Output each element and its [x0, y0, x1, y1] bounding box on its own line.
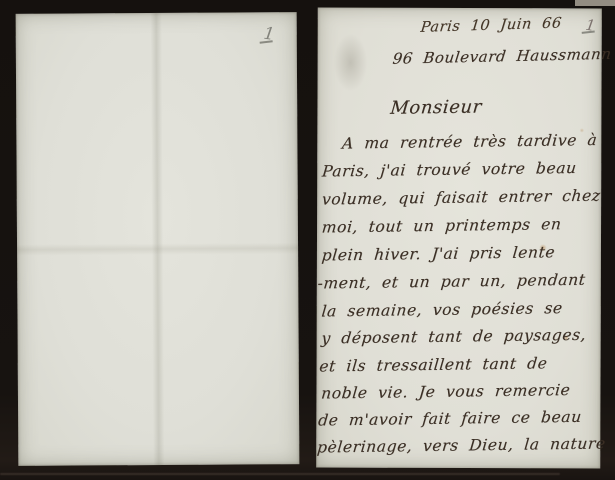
- embossed-stamp-smudge: [334, 34, 368, 92]
- pencil-page-number-left: 1: [263, 24, 276, 44]
- handwriting-line: plein hiver. J'ai pris lente: [321, 243, 556, 264]
- pencil-page-number-right: 1: [585, 16, 597, 34]
- handwriting-line: la semaine, vos poésies se: [321, 299, 564, 320]
- handwriting-line: -ment, et un par un, pendant: [317, 271, 587, 293]
- date-line: Paris 10 Juin 66: [420, 15, 563, 35]
- handwriting-line: Paris, j'ai trouvé votre beau: [321, 159, 577, 181]
- handwriting-line: et ils tressaillent tant de: [319, 354, 549, 375]
- scanner-bed-streak: [0, 473, 560, 475]
- handwriting-line: noble vie. Je vous remercie: [320, 381, 571, 403]
- handwriting-line: pèlerinage, vers Dieu, la nature: [316, 434, 606, 456]
- salutation: Monsieur: [389, 96, 482, 118]
- scanner-background: 1 1 Paris 10 Juin 66 96 Boulevard Haussm…: [0, 0, 615, 480]
- address-line: 96 Boulevard Haussmann: [392, 45, 613, 68]
- letter-page-right: 1 Paris 10 Juin 66 96 Boulevard Haussman…: [316, 8, 602, 469]
- handwriting-line: moi, tout un printemps en: [321, 215, 562, 236]
- handwriting-line: y déposent tant de paysages,: [321, 326, 587, 348]
- color-card-sliver: [575, 0, 615, 6]
- handwriting-line: volume, qui faisait entrer chez: [321, 187, 601, 209]
- handwriting-line: A ma rentrée très tardive à: [341, 131, 598, 153]
- letter-page-left: 1: [16, 12, 300, 466]
- handwriting-line: de m'avoir fait faire ce beau: [317, 408, 582, 430]
